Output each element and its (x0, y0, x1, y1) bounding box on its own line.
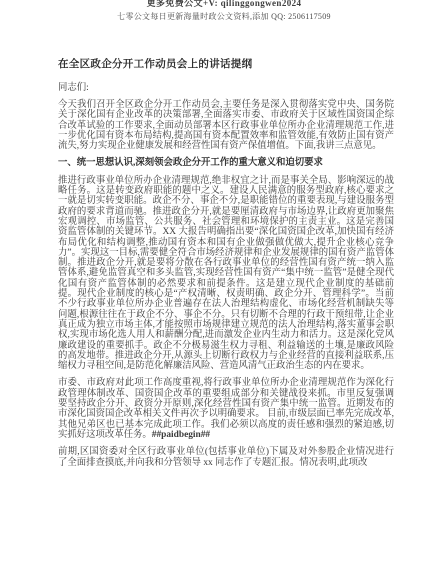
promo-header: 更多免费公文+V: qilinggongwen2024 七零公文每日更新海量时政… (0, 0, 448, 22)
intro-paragraph: 今天我们召开全区政企分开工作动员会,主要任务是深入贯彻落实党中央、国务院关于深化… (58, 100, 394, 151)
document-body: 在全区政企分开工作动员会上的讲话提纲 同志们: 今天我们召开全区政企分开工作动员… (58, 56, 394, 475)
paidbegin-marker: ##paidbegin## (152, 430, 210, 440)
document-title: 在全区政企分开工作动员会上的讲话提纲 (58, 56, 394, 71)
promo-header-line2: 七零公文每日更新海量时政公文资料,添加 QQ: 2506117509 (0, 11, 448, 22)
document-page: 更多免费公文+V: qilinggongwen2024 七零公文每日更新海量时政… (0, 0, 448, 580)
closing-paragraph: 前期,区国资委对全区行政事业单位(包括事业单位)下属及对外参股企业情况进行了全面… (58, 447, 394, 468)
promo-header-line1: 更多免费公文+V: qilinggongwen2024 (0, 0, 448, 9)
salutation: 同志们: (58, 79, 394, 93)
city-requirements-paragraph: 市委、市政府对此项工作高度重视,将行政事业单位所办企业清理规范作为深化行政管理体… (58, 378, 394, 440)
section1-paragraph: 推进行政事业单位所办企业清理规范,绝非权宜之计,而是事关全局、影响深远的战略任务… (58, 176, 394, 372)
city-requirements-text: 市委、市政府对此项工作高度重视,将行政事业单位所办企业清理规范作为深化行政管理体… (58, 378, 394, 439)
section1-heading: 一、统一思想认识,深刻领会政企分开工作的重大意义和迫切要求 (58, 158, 394, 168)
